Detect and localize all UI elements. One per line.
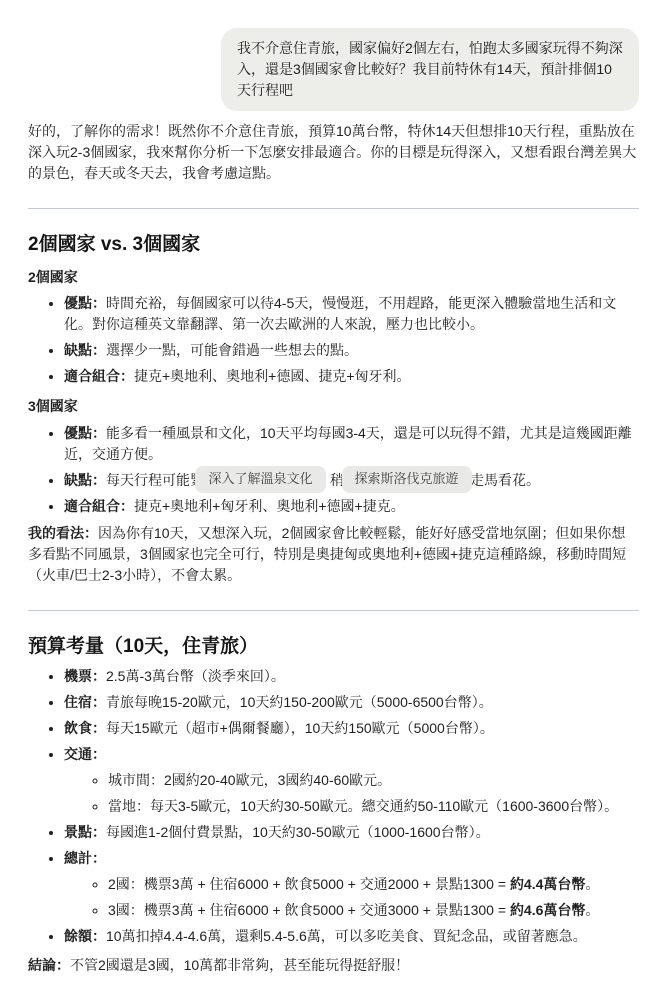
two-countries-title: 2個國家 bbox=[28, 268, 639, 288]
item-label: 景點： bbox=[64, 824, 106, 840]
section-divider bbox=[28, 208, 639, 209]
total-sublist: 2國：機票3萬 + 住宿6000 + 飲食5000 + 交通2000 + 景點1… bbox=[64, 874, 639, 921]
list-subitem: 城市間：2國約20-40歐元，3國約40-60歐元。 bbox=[108, 770, 639, 791]
item-label: 總計： bbox=[64, 850, 106, 866]
item-label: 缺點： bbox=[64, 342, 106, 358]
item-text: 捷克+奧地利+匈牙利、奧地利+德國+捷克。 bbox=[134, 498, 405, 514]
list-item: 適合組合：捷克+奧地利+匈牙利、奧地利+德國+捷克。 bbox=[64, 496, 639, 517]
item-text: 城市間：2國約20-40歐元，3國約40-60歐元。 bbox=[108, 772, 391, 788]
item-text: 10萬扣掉4.4-4.6萬，還剩5.4-5.6萬，可以多吃美食、買紀念品，或留著… bbox=[106, 928, 587, 944]
list-item: 優點：能多看一種風景和文化，10天平均每國3-4天，還是可以玩得不錯，尤其是這幾… bbox=[64, 423, 639, 465]
item-text: 時間充裕，每個國家可以待4-5天，慢慢逛，不用趕路，能更深入體驗當地生活和文化。… bbox=[64, 295, 616, 332]
list-subitem: 2國：機票3萬 + 住宿6000 + 飲食5000 + 交通2000 + 景點1… bbox=[108, 874, 639, 895]
section-divider bbox=[28, 610, 639, 611]
item-text: 青旅每晚15-20歐元，10天約150-200歐元（5000-6500台幣）。 bbox=[106, 694, 493, 710]
budget-list: 機票：2.5萬-3萬台幣（淡季來回）。 住宿：青旅每晚15-20歐元，10天約1… bbox=[28, 666, 639, 947]
item-text: 當地：每天3-5歐元，10天約30-50歐元。總交通約50-110歐元（1600… bbox=[108, 798, 618, 814]
list-item: 適合組合：捷克+奧地利、奧地利+德國、捷克+匈牙利。 bbox=[64, 366, 639, 387]
list-item: 飲食：每天15歐元（超市+偶爾餐廳），10天約150歐元（5000台幣）。 bbox=[64, 718, 639, 739]
item-label: 適合組合： bbox=[64, 368, 134, 384]
user-message-bubble: 我不介意住青旅，國家偏好2個左右，怕跑太多國家玩得不夠深入，還是3個國家會比較好… bbox=[221, 28, 639, 111]
list-item: 交通： 城市間：2國約20-40歐元，3國約40-60歐元。 當地：每天3-5歐… bbox=[64, 744, 639, 817]
item-text: 每天15歐元（超市+偶爾餐廳），10天約150歐元（5000台幣）。 bbox=[106, 720, 494, 736]
item-label: 優點： bbox=[64, 295, 106, 311]
three-countries-title: 3個國家 bbox=[28, 397, 639, 417]
opinion-label: 我的看法： bbox=[28, 525, 98, 541]
list-item: 住宿：青旅每晚15-20歐元，10天約150-200歐元（5000-6500台幣… bbox=[64, 692, 639, 713]
item-text: 捷克+奧地利、奧地利+德國、捷克+匈牙利。 bbox=[134, 368, 411, 384]
item-label: 交通： bbox=[64, 746, 106, 762]
item-bold: 約4.4萬台幣 bbox=[510, 876, 585, 892]
list-subitem: 當地：每天3-5歐元，10天約30-50歐元。總交通約50-110歐元（1600… bbox=[108, 796, 639, 817]
budget-heading: 預算考量（10天，住青旅） bbox=[28, 635, 639, 660]
item-text: 3國：機票3萬 + 住宿6000 + 飲食5000 + 交通3000 + 景點1… bbox=[108, 902, 510, 918]
opinion-paragraph: 我的看法：因為你有10天，又想深入玩，2個國家會比較輕鬆，能好好感受當地氛圍；但… bbox=[28, 523, 639, 586]
chat-transcript: 我不介意住青旅，國家偏好2個左右，怕跑太多國家玩得不夠深入，還是3個國家會比較好… bbox=[0, 0, 667, 1000]
item-tail: 。 bbox=[585, 902, 599, 918]
item-label: 飲食： bbox=[64, 720, 106, 736]
suggestion-chip-slovakia-tourism[interactable]: 探索斯洛伐克旅遊 bbox=[342, 466, 472, 493]
assistant-intro-paragraph: 好的，了解你的需求！既然你不介意住青旅，預算10萬台幣，特休14天但想排10天行… bbox=[28, 121, 639, 184]
transport-sublist: 城市間：2國約20-40歐元，3國約40-60歐元。 當地：每天3-5歐元，10… bbox=[64, 770, 639, 817]
item-text: 能多看一種風景和文化，10天平均每國3-4天，還是可以玩得不錯，尤其是這幾國距離… bbox=[64, 425, 632, 462]
item-label: 機票： bbox=[64, 668, 106, 684]
list-item: 缺點：選擇少一點，可能會錯過一些想去的點。 bbox=[64, 340, 639, 361]
comparison-heading: 2個國家 vs. 3個國家 bbox=[28, 233, 639, 258]
item-text: 選擇少一點，可能會錯過一些想去的點。 bbox=[106, 342, 358, 358]
list-item: 餘額：10萬扣掉4.4-4.6萬，還剩5.4-5.6萬，可以多吃美食、買紀念品，… bbox=[64, 926, 639, 947]
two-countries-list: 優點：時間充裕，每個國家可以待4-5天，慢慢逛，不用趕路，能更深入體驗當地生活和… bbox=[28, 293, 639, 387]
list-item: 景點：每國進1-2個付費景點，10天約30-50歐元（1000-1600台幣）。 bbox=[64, 822, 639, 843]
item-bold: 約4.6萬台幣 bbox=[510, 902, 585, 918]
item-label: 適合組合： bbox=[64, 498, 134, 514]
conclusion-paragraph: 結論：不管2國還是3國，10萬都非常夠，甚至能玩得挺舒服！ bbox=[28, 955, 639, 976]
item-text: 2.5萬-3萬台幣（淡季來回）。 bbox=[106, 668, 285, 684]
item-text: 2國：機票3萬 + 住宿6000 + 飲食5000 + 交通2000 + 景點1… bbox=[108, 876, 510, 892]
suggestion-chip-onsen-culture[interactable]: 深入了解溫泉文化 bbox=[195, 466, 325, 493]
conclusion-label: 結論： bbox=[28, 957, 70, 973]
list-item: 優點：時間充裕，每個國家可以待4-5天，慢慢逛，不用趕路，能更深入體驗當地生活和… bbox=[64, 293, 639, 335]
list-subitem: 3國：機票3萬 + 住宿6000 + 飲食5000 + 交通3000 + 景點1… bbox=[108, 900, 639, 921]
user-message-text: 我不介意住青旅，國家偏好2個左右，怕跑太多國家玩得不夠深入，還是3個國家會比較好… bbox=[237, 40, 623, 98]
item-text: 每國進1-2個付費景點，10天約30-50歐元（1000-1600台幣）。 bbox=[106, 824, 490, 840]
suggestion-chips: 深入了解溫泉文化 探索斯洛伐克旅遊 bbox=[0, 466, 667, 493]
item-tail: 。 bbox=[585, 876, 599, 892]
opinion-text: 因為你有10天，又想深入玩，2個國家會比較輕鬆，能好好感受當地氛圍；但如果你想多… bbox=[28, 525, 626, 583]
list-item: 總計： 2國：機票3萬 + 住宿6000 + 飲食5000 + 交通2000 +… bbox=[64, 848, 639, 921]
item-label: 優點： bbox=[64, 425, 106, 441]
item-label: 餘額： bbox=[64, 928, 106, 944]
item-label: 住宿： bbox=[64, 694, 106, 710]
list-item: 機票：2.5萬-3萬台幣（淡季來回）。 bbox=[64, 666, 639, 687]
conclusion-text: 不管2國還是3國，10萬都非常夠，甚至能玩得挺舒服！ bbox=[70, 957, 409, 973]
